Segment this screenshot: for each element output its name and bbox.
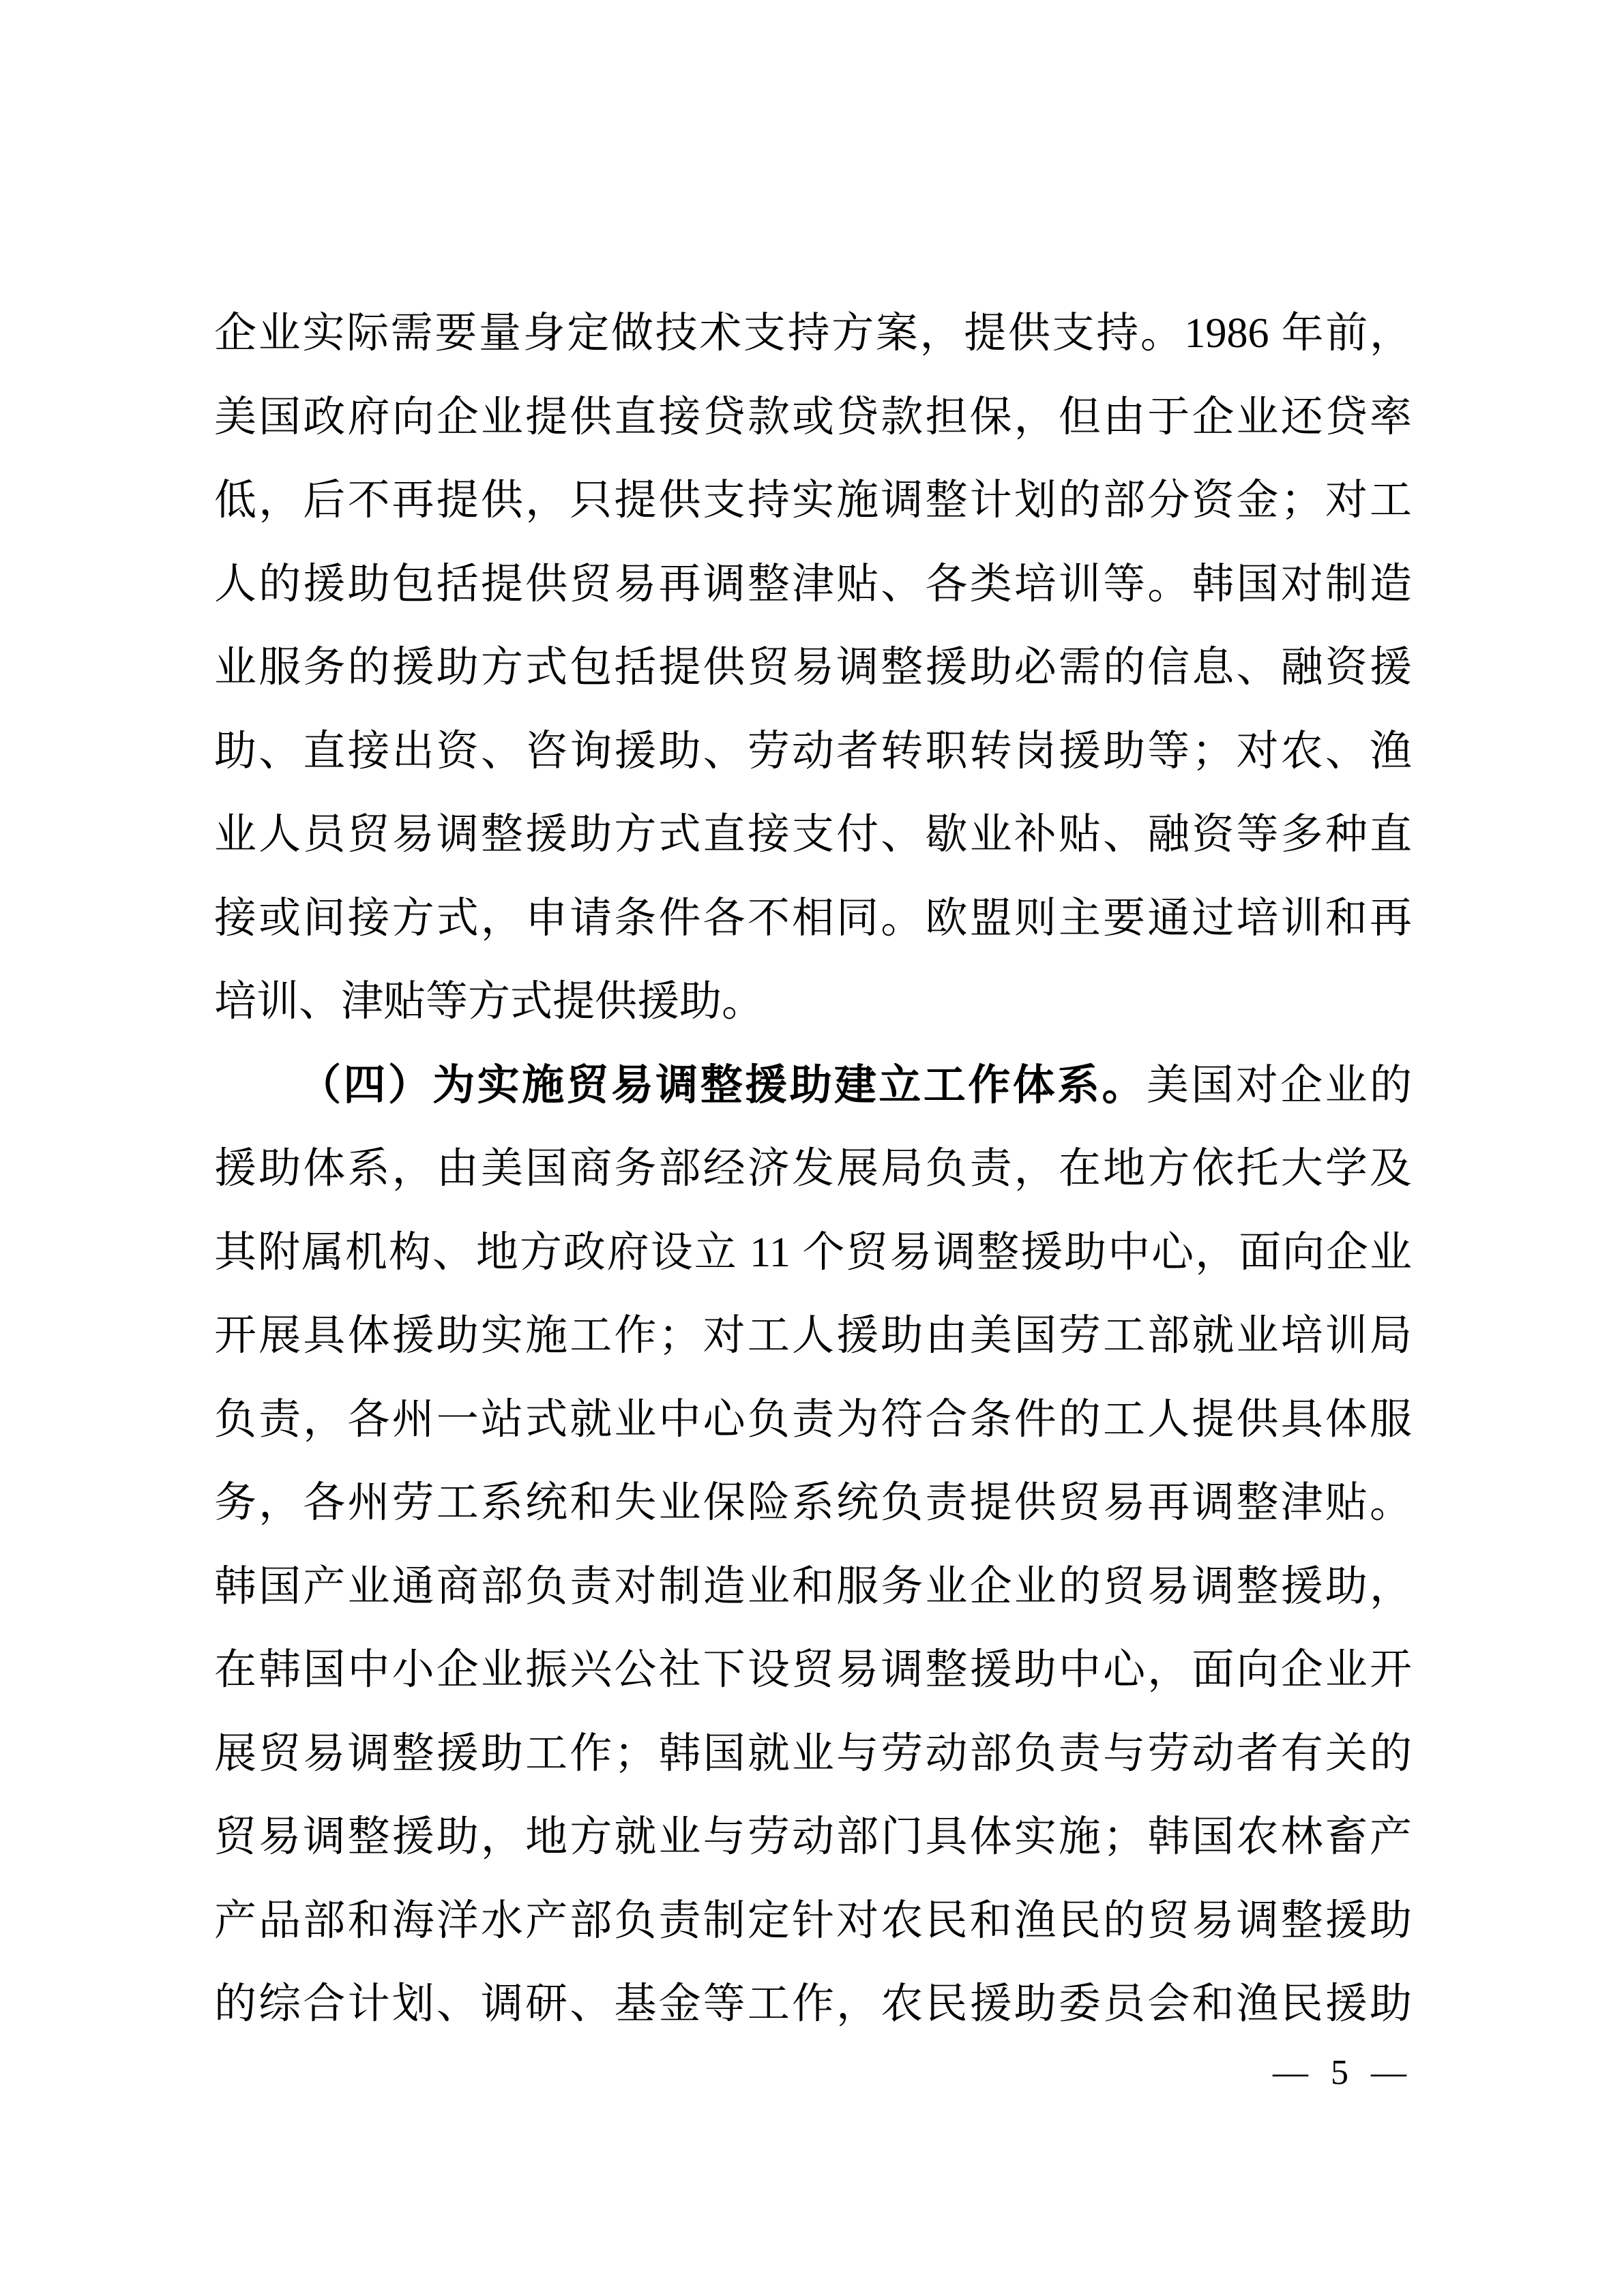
text-line: 接或间接方式，申请条件各不相同。欧盟则主要通过培训和再	[214, 877, 1412, 961]
text-line: 美国政府向企业提供直接贷款或贷款担保，但由于企业还贷率	[214, 376, 1412, 460]
text-line: 负责，各州一站式就业中心负责为符合条件的工人提供具体服	[214, 1378, 1412, 1462]
text-line: 助、直接出资、咨询援助、劳动者转职转岗援助等；对农、渔	[214, 710, 1412, 794]
text-line: 展贸易调整援助工作；韩国就业与劳动部负责与劳动者有关的	[214, 1712, 1412, 1796]
text-line: 其附属机构、地方政府设立 11 个贸易调整援助中心，面向企业	[214, 1211, 1412, 1295]
text-line: 开展具体援助实施工作；对工人援助由美国劳工部就业培训局	[214, 1294, 1412, 1378]
text-line: 培训、津贴等方式提供援助。	[214, 960, 1412, 1044]
text-line: 在韩国中小企业振兴公社下设贸易调整援助中心，面向企业开	[214, 1628, 1412, 1712]
document-page: 企业实际需要量身定做技术支持方案，提供支持。1986 年前， 美国政府向企业提供…	[0, 0, 1624, 2296]
text-line: 援助体系，由美国商务部经济发展局负责，在地方依托大学及	[214, 1127, 1412, 1211]
text-line: 贸易调整援助，地方就业与劳动部门具体实施；韩国农林畜产	[214, 1795, 1412, 1879]
text-line: 业服务的援助方式包括提供贸易调整援助必需的信息、融资援	[214, 626, 1412, 710]
text-line: 企业实际需要量身定做技术支持方案，提供支持。1986 年前，	[214, 292, 1412, 376]
text-line: 的综合计划、调研、基金等工作，农民援助委员会和渔民援助	[214, 1963, 1412, 2046]
section-heading: （四）为实施贸易调整援助建立工作体系。	[299, 1062, 1147, 1109]
text-line: 人的援助包括提供贸易再调整津贴、各类培训等。韩国对制造	[214, 543, 1412, 627]
text-line: 业人员贸易调整援助方式直接支付、歇业补贴、融资等多种直	[214, 793, 1412, 877]
page-number: — 5 —	[1273, 2055, 1406, 2091]
document-body: 企业实际需要量身定做技术支持方案，提供支持。1986 年前， 美国政府向企业提供…	[214, 292, 1412, 2046]
section-heading-tail: 美国对企业的	[1147, 1062, 1412, 1109]
text-line: 韩国产业通商部负责对制造业和服务业企业的贸易调整援助，	[214, 1545, 1412, 1629]
text-line: 产品部和海洋水产部负责制定针对农民和渔民的贸易调整援助	[214, 1879, 1412, 1963]
paragraph-2: （四）为实施贸易调整援助建立工作体系。美国对企业的 援助体系，由美国商务部经济发…	[214, 1044, 1412, 2046]
text-line: 低，后不再提供，只提供支持实施调整计划的部分资金；对工	[214, 459, 1412, 543]
text-line: 务，各州劳工系统和失业保险系统负责提供贸易再调整津贴。	[214, 1461, 1412, 1545]
paragraph-1: 企业实际需要量身定做技术支持方案，提供支持。1986 年前， 美国政府向企业提供…	[214, 292, 1412, 1044]
text-line: （四）为实施贸易调整援助建立工作体系。美国对企业的	[214, 1044, 1412, 1128]
